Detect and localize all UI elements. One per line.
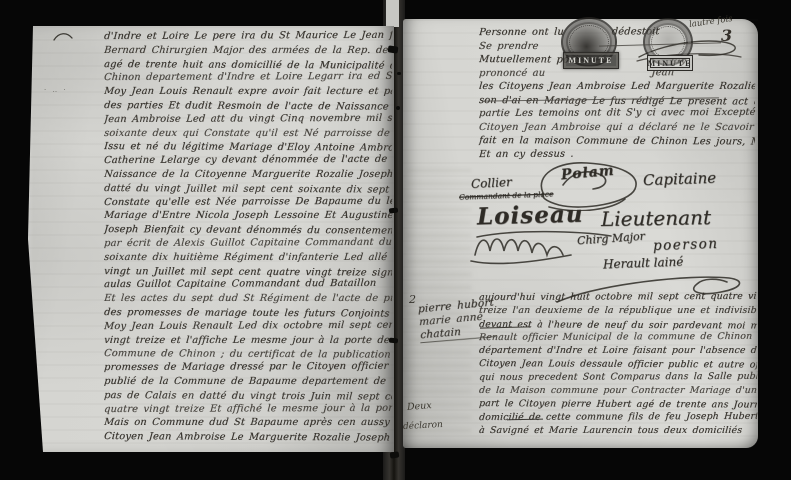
handwriting-line: Personne ont lu dédestoit <box>479 25 756 40</box>
binding-stitch <box>389 338 398 344</box>
handwriting-line: Moy Jean Louis Renault Led dix octobre m… <box>104 318 393 333</box>
minute-stamp-label: MINUTE <box>648 59 693 68</box>
handwriting-line: promesses de Mariage dressé par le Citoy… <box>104 360 393 375</box>
left-page: · ‥ · d'Indre et Loire Le pere ira du St… <box>28 26 394 452</box>
binding-paper-sliver <box>386 0 399 27</box>
handwriting-line: Jean Ambroise Led att du vingt Cinq nove… <box>104 112 393 127</box>
handwriting-line: Se prendre <box>478 40 755 54</box>
handwriting-line: qui nous precedent Sont Comparus dans la… <box>479 370 758 385</box>
signature-capitaine-title: Capitaine <box>643 169 717 190</box>
record-number: 2 <box>409 293 416 306</box>
handwriting-line: Catherine Lelarge cy devant dénommée de … <box>104 153 393 168</box>
handwriting-line: quatre vingt treize Et affiché le mesme … <box>104 401 393 416</box>
handwriting-line: Naissance de la Citoyenne Marguerite Roz… <box>103 168 392 182</box>
handwriting-line: publié de la Commune de Bapaume departem… <box>103 375 392 389</box>
handwriting-line: Et les actes du sept dud St Régiment de … <box>103 292 392 306</box>
signature-flourish-icon <box>549 266 753 308</box>
handwriting-line: Moy Jean Louis Renault expre avoir fait … <box>103 85 392 99</box>
handwriting-line: à Savigné et Marie Laurencin tous deux d… <box>478 424 757 437</box>
handwriting-line: Renault officier Municipal de la commune… <box>479 330 758 345</box>
pen-curl-mark-icon <box>52 31 74 43</box>
handwriting-line: de la Maison commune pour Contracter Mar… <box>478 384 757 397</box>
handwriting-line: vingt treize et l'affiche Le mesme jour … <box>103 334 392 348</box>
binding-stitch <box>390 451 400 458</box>
signature-paraph-icon <box>529 155 647 211</box>
handwriting-line: les Citoyens Jean Ambroise Led Marguerit… <box>478 80 755 94</box>
binding-stitch <box>396 106 400 110</box>
record-margin-note: Deux <box>407 400 432 413</box>
handwriting-line: partie Les temoins ont dit S'y ci avec m… <box>479 106 756 121</box>
act-closing-handwriting: Personne ont lu dédestoitSe prendreMutue… <box>479 26 755 161</box>
record-handwriting: aujourd'hui vingt huit octobre mil sept … <box>479 291 757 437</box>
handwriting-line: Citoyen Jean Ambroise Le Marguerite Roza… <box>103 430 392 445</box>
handwriting-line: Citoyen Jean Ambroise qui a déclaré ne l… <box>478 121 755 135</box>
signature-collier: Collier <box>471 175 512 191</box>
handwriting-line: aulas Guillot Capitaine Commandant dud B… <box>104 277 393 292</box>
record-margin-note: déclaron <box>403 420 443 432</box>
minute-stamp-label: MINUTE <box>569 56 614 65</box>
handwriting-line: Mais on Commune dud St Bapaume après cen… <box>103 416 392 430</box>
handwriting-line: soixante deux qui Constate qu'il est Né … <box>103 127 392 141</box>
left-page-handwriting: d'Indre et Loire Le pere ira du St Mauri… <box>104 30 392 444</box>
handwriting-line: Mariage d'Entre Nicola Joseph Lessoine E… <box>103 209 392 223</box>
binding-stitch <box>389 208 398 214</box>
binding-stitch <box>397 72 401 75</box>
faint-margin-dots: · ‥ · <box>44 86 68 94</box>
handwriting-line: Chinon departement d'Indre et Loire Lega… <box>104 70 393 85</box>
handwriting-line: domicilié de cette commune fils de feu J… <box>479 409 758 424</box>
right-page: MINUTE MINUTE lautre fois 3 Personne ont… <box>403 19 758 448</box>
signature-paraph-icon <box>469 229 575 265</box>
handwriting-line: d'Indre et Loire Le pere ira du St Mauri… <box>104 29 393 44</box>
handwriting-line: Constate qu'elle est Née parroisse De Ba… <box>104 194 393 209</box>
minute-stamp: MINUTE <box>563 52 619 69</box>
scanned-register-photo: · ‥ · d'Indre et Loire Le pere ira du St… <box>0 0 791 480</box>
signature-poerson: poerson <box>653 236 719 254</box>
minute-stamp: MINUTE <box>647 55 693 71</box>
handwriting-line: par écrit de Alexis Guillot Capitaine Co… <box>104 236 393 251</box>
handwriting-line: soixante dix huitième Régiment d'infante… <box>103 251 392 265</box>
binding-stitch <box>388 45 399 53</box>
handwriting-line: Bernard Chirurgien Major des armées de l… <box>103 44 392 58</box>
handwriting-line: département d'Indre et Loire faisant pou… <box>478 344 757 357</box>
